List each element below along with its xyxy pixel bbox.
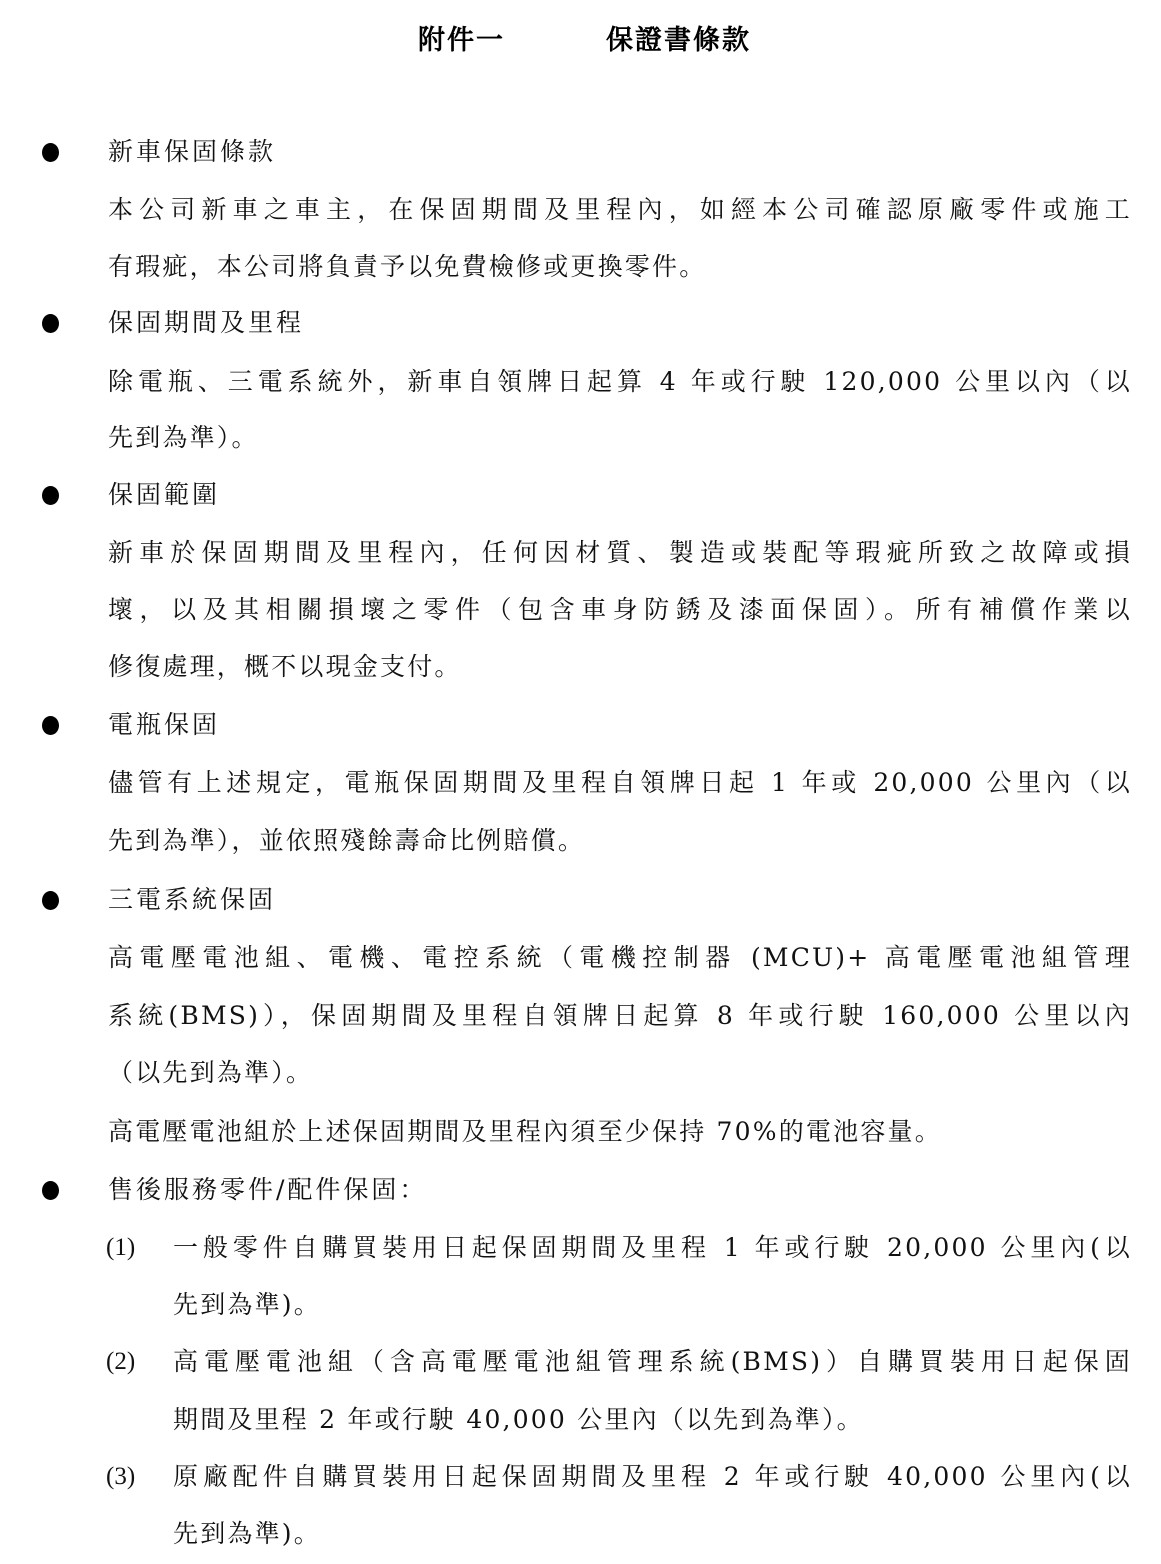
section-text-line: 先到為準），並依照殘餘壽命比例賠償。 <box>108 823 1132 859</box>
section-text-line: 系統(BMS)），保固期間及里程自領牌日起算 8 年或行駛 160,000 公里… <box>108 998 1132 1034</box>
section-heading: 新車保固條款 <box>108 134 276 170</box>
section-text-line: 新車於保固期間及里程內，任何因材質、製造或裝配等瑕疵所致之故障或損 <box>108 535 1132 571</box>
section-heading: 保固範圍 <box>108 477 220 513</box>
bullet-icon <box>42 143 59 162</box>
item-text-line: 高電壓電池組（含高電壓電池組管理系統(BMS)）自購買裝用日起保固 <box>173 1344 1132 1380</box>
bullet-icon <box>42 486 59 505</box>
section-text-line: 壞，以及其相關損壞之零件（包含車身防銹及漆面保固）。所有補償作業以 <box>108 592 1132 628</box>
bullet-icon <box>42 716 59 735</box>
section-text-line: 本公司新車之車主，在保固期間及里程內，如經本公司確認原廠零件或施工 <box>108 192 1132 228</box>
section-text-line: 高電壓電池組於上述保固期間及里程內須至少保持 70%的電池容量。 <box>108 1114 1132 1150</box>
document-title: 附件一 保證書條款 <box>0 14 1161 58</box>
section-text-line: 儘管有上述規定，電瓶保固期間及里程自領牌日起 1 年或 20,000 公里內（以 <box>108 765 1132 801</box>
title-text: 保證書條款 <box>606 18 751 57</box>
bullet-icon <box>42 891 59 910</box>
item-text-line: 先到為準)。 <box>173 1287 1132 1323</box>
section-heading: 電瓶保固 <box>108 707 220 743</box>
item-number: (1) <box>106 1230 135 1266</box>
bullet-icon <box>42 314 59 333</box>
section-text-line: 先到為準）。 <box>108 420 1132 456</box>
bullet-icon <box>42 1181 59 1200</box>
item-text-line: 期間及里程 2 年或行駛 40,000 公里內（以先到為準）。 <box>173 1402 1132 1438</box>
section-heading: 售後服務零件/配件保固： <box>108 1172 427 1208</box>
section-text-line: 修復處理，概不以現金支付。 <box>108 649 1132 685</box>
item-text-line: 原廠配件自購買裝用日起保固期間及里程 2 年或行駛 40,000 公里內(以 <box>173 1459 1132 1495</box>
attachment-label: 附件一 <box>418 18 505 57</box>
document-page: 附件一 保證書條款 新車保固條款 本公司新車之車主，在保固期間及里程內，如經本公… <box>0 0 1161 1564</box>
section-text-line: 有瑕疵，本公司將負責予以免費檢修或更換零件。 <box>108 249 1132 285</box>
section-text-line: 高電壓電池組、電機、電控系統（電機控制器 (MCU)+ 高電壓電池組管理 <box>108 940 1132 976</box>
item-text-line: 一般零件自購買裝用日起保固期間及里程 1 年或行駛 20,000 公里內(以 <box>173 1230 1132 1266</box>
item-number: (2) <box>106 1344 135 1380</box>
section-heading: 保固期間及里程 <box>108 305 304 341</box>
item-text-line: 先到為準)。 <box>173 1516 1132 1552</box>
section-heading: 三電系統保固 <box>108 882 276 918</box>
section-text-line: 除電瓶、三電系統外，新車自領牌日起算 4 年或行駛 120,000 公里以內（以 <box>108 364 1132 400</box>
item-number: (3) <box>106 1459 135 1495</box>
section-text-line: （以先到為準）。 <box>108 1055 1132 1091</box>
